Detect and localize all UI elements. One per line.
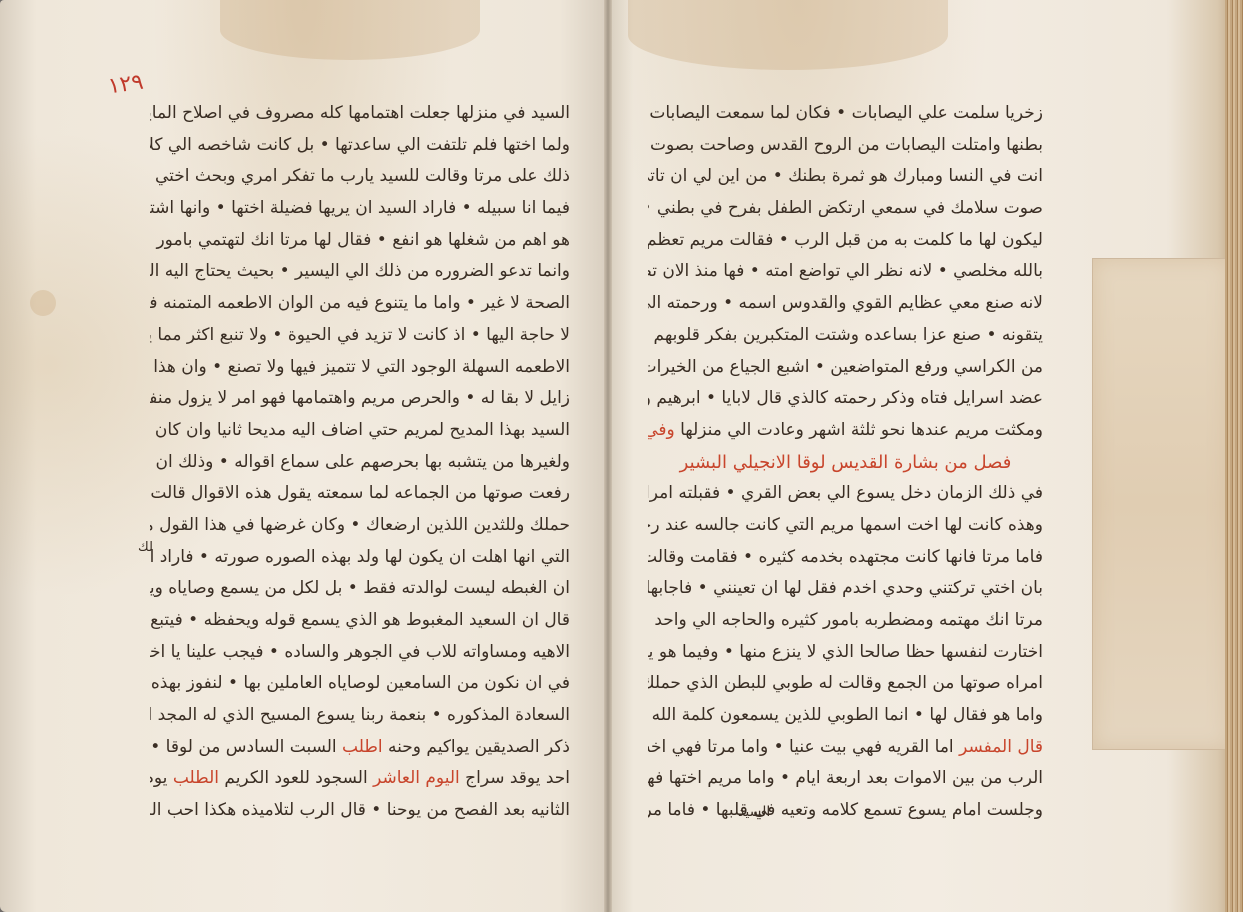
text-line: من الكراسي ورفع المتواضعين • اشبع الجياع… (648, 352, 1043, 384)
text-line: وهذه كانت لها اخت اسمها مريم التي كانت ج… (648, 510, 1043, 542)
rubric-text: قال المفسر (959, 737, 1043, 757)
text-line: احد يوقد سراج اليوم العاشر السجود للعود … (150, 763, 570, 795)
text-line: التي انها اهلت ان يكون لها ولد بهذه الصو… (150, 542, 570, 574)
text-segment: السعادة المذكوره • بنعمة ربنا يسوع المسي… (150, 705, 570, 725)
text-segment: ومكثت مريم عندها نحو ثلثة اشهر وعادت الي… (680, 420, 1043, 440)
text-segment: السبت السادس من لوقا • قال الرب ليس (150, 737, 337, 757)
water-stain (220, 0, 480, 60)
left-text-block: السيد في منزلها جعلت اهتمامها كله مصروف … (150, 98, 570, 827)
text-line: قال المفسر اما القريه فهي بيت عنيا • وام… (648, 732, 1043, 764)
paper-repair-patch (1092, 258, 1229, 750)
text-line: زايل لا بقا له • والحرص مريم واهتمامها ف… (150, 383, 570, 415)
text-line: ليكون لها ما كلمت به من قبل الرب • فقالت… (648, 225, 1043, 257)
text-line: لانه صنع معي عظايم القوي والقدوس اسمه • … (648, 288, 1043, 320)
text-line: لا حاجة اليها • اذ كانت لا تزيد في الحيو… (150, 320, 570, 352)
left-page: ١٢٩ لك السيد في منزلها جعلت اهتمامها كله… (0, 0, 608, 912)
text-line: السيد بهذا المديح لمريم حتي اضاف اليه مد… (150, 415, 570, 447)
text-line: رفعت صوتها من الجماعه لما سمعته يقول هذه… (150, 478, 570, 510)
text-segment: اما القريه فهي بيت عنيا • واما مرتا فهي … (648, 737, 954, 757)
text-line: زخريا سلمت علي اليصابات • فكان لما سمعت … (648, 98, 1043, 130)
text-line: وجلست امام يسوع تسمع كلامه وتعيه في قلبه… (648, 795, 1043, 827)
text-line: في ان نكون من السامعين لوصاياه العاملين … (150, 668, 570, 700)
text-line: فيما انا سبيله • فاراد السيد ان يريها فض… (150, 193, 570, 225)
text-line: الاهيه ومساواته للاب في الجوهر والساده •… (150, 637, 570, 669)
book-gutter (604, 0, 612, 912)
text-line: السعادة المذكوره • بنعمة ربنا يسوع المسي… (150, 700, 570, 732)
text-line: السيد في منزلها جعلت اهتمامها كله مصروف … (150, 98, 570, 130)
text-line: واما هو فقال لها • انما الطوبي للذين يسم… (648, 700, 1043, 732)
text-segment: يوم الثلثا من الجمعة (150, 768, 167, 788)
paper-stain (30, 290, 56, 316)
text-line: مرتا انك مهتمه ومضطربه بامور كثيره والحا… (648, 605, 1043, 637)
rubric-text: الطلب (173, 768, 219, 788)
text-line: قال ان السعيد المغبوط هو الذي يسمع قوله … (150, 605, 570, 637)
folio-number: ١٢٩ (106, 70, 145, 100)
text-line: بطنها وامتلت اليصابات من الروح القدس وصا… (648, 130, 1043, 162)
text-line: الصحة لا غير • واما ما يتنوع فيه من الوا… (150, 288, 570, 320)
rubric-text: وفي القداس (648, 420, 675, 440)
text-line: وانما تدعو الضروره من ذلك الي اليسير • ب… (150, 256, 570, 288)
text-line: ان الغبطه ليست لوالدته فقط • بل لكل من ي… (150, 573, 570, 605)
text-segment: السجود للعود الكريم (224, 768, 367, 788)
text-segment: احد يوقد سراج (465, 768, 570, 788)
text-segment: ذكر الصديقين يواكيم وحنه (388, 737, 570, 757)
text-line: عضد اسرايل فتاه وذكر رحمته كالذي قال لاب… (648, 383, 1043, 415)
text-line: ولغيرها من يتشبه بها بحرصهم على سماع اقو… (150, 447, 570, 479)
text-line: اختارت لنفسها حظا صالحا الذي لا ينزع منه… (648, 637, 1043, 669)
right-text-block: زخريا سلمت علي اليصابات • فكان لما سمعت … (648, 98, 1043, 827)
text-line: ولما اختها فلم تلتفت الي ساعدتها • بل كا… (150, 130, 570, 162)
rubric-text: اطلب (342, 737, 383, 757)
text-line: في ذلك الزمان دخل يسوع الي بعض القري • ف… (648, 478, 1043, 510)
water-stain (628, 0, 948, 70)
text-line: بالله مخلصي • لانه نظر الي تواضع امته • … (648, 256, 1043, 288)
section-heading: فصل من بشارة القديس لوقا الانجيلي البشير (648, 447, 1043, 479)
text-line: ومكثت مريم عندها نحو ثلثة اشهر وعادت الي… (648, 415, 1043, 447)
text-line: امراه صوتها من الجمع وقالت له طوبي للبطن… (648, 668, 1043, 700)
manuscript-spread: ١٢٩ لك السيد في منزلها جعلت اهتمامها كله… (0, 0, 1243, 912)
text-line: الثانيه بعد الفصح من يوحنا • قال الرب لت… (150, 795, 570, 827)
text-line: ذلك على مرتا وقالت للسيد يارب ما تفكر ام… (150, 161, 570, 193)
text-line: الاطعمه السهلة الوجود التي لا تتميز فيها… (150, 352, 570, 384)
text-line: الرب من بين الاموات بعد اربعة ايام • وام… (648, 763, 1043, 795)
text-line: فاما مرتا فانها كانت مجتهده بخدمه كثيره … (648, 542, 1043, 574)
text-line: هو اهم من شغلها هو انفع • فقال لها مرتا … (150, 225, 570, 257)
text-line: بان اختي تركتني وحدي اخدم فقل لها ان تعي… (648, 573, 1043, 605)
text-line: حملك وللثدين اللذين ارضعاك • وكان غرضها … (150, 510, 570, 542)
text-line: انت في النسا ومبارك هو ثمرة بطنك • من اي… (648, 161, 1043, 193)
text-line: ذكر الصديقين يواكيم وحنه اطلب السبت السا… (150, 732, 570, 764)
text-line: يتقونه • صنع عزا بساعده وشتت المتكبرين ب… (648, 320, 1043, 352)
catchword: السيد (738, 804, 770, 820)
page-edges (1225, 0, 1243, 912)
text-line: صوت سلامك في سمعي ارتكض الطفل بفرح في بط… (648, 193, 1043, 225)
rubric-text: اليوم العاشر (373, 768, 460, 788)
